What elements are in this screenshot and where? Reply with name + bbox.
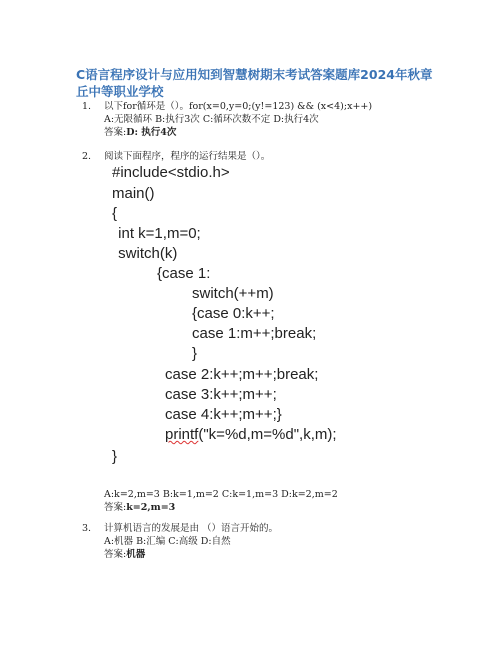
answer-value: k=2,m=3 — [126, 502, 175, 513]
code-line: { — [112, 205, 117, 222]
code-line: case 4:k++;m++;} — [165, 406, 282, 423]
code-line: {case 0:k++; — [192, 305, 275, 322]
question-options: A:k=2,m=3 B:k=1,m=2 C:k=1,m=3 D:k=2,m=2 — [104, 488, 338, 501]
question-stem: 计算机语言的发展是由 （）语言开始的。 — [104, 523, 278, 534]
question-2: 2.阅读下面程序，程序的运行结果是（）。 — [82, 150, 270, 163]
code-line: {case 1: — [157, 265, 210, 282]
question-options: A:无限循环 B:执行3次 C:循环次数不定 D:执行4次 — [104, 113, 372, 126]
code-text: ("k=%d,m=%d",k,m); — [198, 426, 336, 443]
question-number: 2. — [82, 150, 104, 163]
question-options: A:机器 B:汇编 C:高级 D:自然 — [104, 535, 278, 548]
answer-label: 答案: — [104, 549, 126, 560]
question-1: 1.以下for循环是（）。for(x=0,y=0;(y!=123) && (x<… — [82, 100, 372, 139]
code-line: switch(++m) — [192, 285, 274, 302]
spellcheck-word: printf — [165, 426, 198, 443]
question-stem: 以下for循环是（）。for(x=0,y=0;(y!=123) && (x<4)… — [104, 101, 372, 112]
code-line: case 2:k++;m++;break; — [165, 366, 318, 383]
answer-label: 答案: — [104, 502, 126, 513]
code-line: case 3:k++;m++; — [165, 386, 277, 403]
answer-value: 机器 — [126, 549, 145, 560]
code-line: } — [112, 448, 117, 465]
code-line: int k=1,m=0; — [114, 225, 201, 242]
document-title: C语言程序设计与应用知到智慧树期末考试答案题库2024年秋章丘中等职业学校 — [76, 66, 436, 100]
code-line: #include<stdio.h> — [112, 164, 230, 181]
question-number: 1. — [82, 100, 104, 113]
code-line: switch(k) — [114, 245, 177, 262]
code-line-printf: printf("k=%d,m=%d",k,m); — [165, 426, 337, 443]
answer-label: 答案: — [104, 127, 126, 138]
answer-value: D: 执行4次 — [126, 127, 176, 138]
code-line: main() — [112, 185, 155, 202]
question-3: 3.计算机语言的发展是由 （）语言开始的。 A:机器 B:汇编 C:高级 D:自… — [82, 522, 278, 561]
question-number: 3. — [82, 522, 104, 535]
question-2-answers: A:k=2,m=3 B:k=1,m=2 C:k=1,m=3 D:k=2,m=2 … — [82, 488, 338, 514]
code-line: case 1:m++;break; — [192, 325, 316, 342]
code-line: } — [192, 345, 197, 362]
question-stem: 阅读下面程序，程序的运行结果是（）。 — [104, 151, 270, 162]
